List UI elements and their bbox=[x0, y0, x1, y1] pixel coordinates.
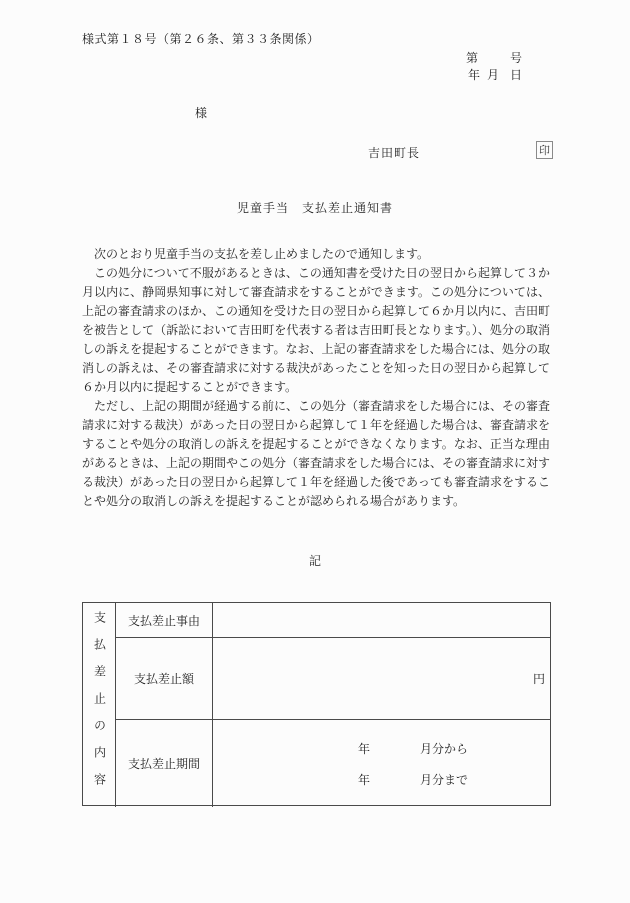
body-text: 次のとおり児童手当の支払を差し止めましたので通知します。 この処分について不服が… bbox=[82, 245, 550, 511]
sender-name: 吉田町長 bbox=[368, 144, 420, 161]
addressee-honorific: 様 bbox=[195, 104, 207, 121]
table-row-header-vertical-label: 支払差止の内容 bbox=[83, 611, 116, 800]
body-paragraph: この処分について不服があるときは、この通知書を受けた日の翌日から起算して３か月以… bbox=[82, 264, 550, 397]
period-to-suffix: 月分まで bbox=[420, 771, 468, 788]
seal-label: 印 bbox=[539, 142, 550, 158]
suspension-amount-label: 支払差止額 bbox=[134, 670, 194, 687]
suspension-details-table: 支払差止の内容 支払差止事由 支払差止額 円 支払差止期間 年 月分から 年 月… bbox=[82, 602, 551, 806]
date-line: 年 月 日 bbox=[468, 67, 522, 84]
body-paragraph: ただし、上記の期間が経過する前に、この処分（審査請求をした場合には、その審査請求… bbox=[82, 397, 550, 511]
suspension-amount-label-cell: 支払差止額 bbox=[116, 638, 213, 720]
body-paragraph: 次のとおり児童手当の支払を差し止めましたので通知します。 bbox=[82, 245, 550, 264]
date-month-label: 月 bbox=[487, 67, 499, 84]
date-year-label: 年 bbox=[468, 67, 480, 84]
suspension-period-field: 年 月分から 年 月分まで bbox=[213, 720, 550, 807]
suspension-reason-field bbox=[213, 603, 550, 638]
seal-mark: 印 bbox=[536, 141, 553, 159]
period-from-suffix: 月分から bbox=[420, 740, 468, 757]
doc-header: 第 号 年 月 日 bbox=[82, 50, 550, 84]
doc-number-line: 第 号 bbox=[466, 50, 522, 67]
section-marker-ki: 記 bbox=[0, 552, 630, 569]
date-day-label: 日 bbox=[510, 67, 522, 84]
period-from-year-label: 年 bbox=[358, 740, 370, 757]
suspension-period-label: 支払差止期間 bbox=[128, 755, 200, 772]
suspension-reason-label-cell: 支払差止事由 bbox=[116, 603, 213, 638]
document-title: 児童手当 支払差止通知書 bbox=[0, 199, 630, 216]
doc-number-prefix: 第 bbox=[466, 50, 478, 67]
yen-unit-label: 円 bbox=[533, 670, 545, 687]
period-to-year-label: 年 bbox=[358, 771, 370, 788]
doc-number-suffix: 号 bbox=[510, 50, 522, 67]
period-from-line: 年 月分から bbox=[213, 740, 550, 757]
form-number-label: 様式第１８号（第２６条、第３３条関係） bbox=[82, 30, 320, 47]
suspension-reason-label: 支払差止事由 bbox=[128, 612, 200, 629]
period-to-line: 年 月分まで bbox=[213, 771, 550, 788]
document-page: 様式第１８号（第２６条、第３３条関係） 第 号 年 月 日 様 吉田町長 印 児… bbox=[0, 0, 630, 903]
table-row-header-cell: 支払差止の内容 bbox=[83, 603, 116, 807]
suspension-period-label-cell: 支払差止期間 bbox=[116, 720, 213, 807]
suspension-amount-field: 円 bbox=[213, 638, 550, 720]
